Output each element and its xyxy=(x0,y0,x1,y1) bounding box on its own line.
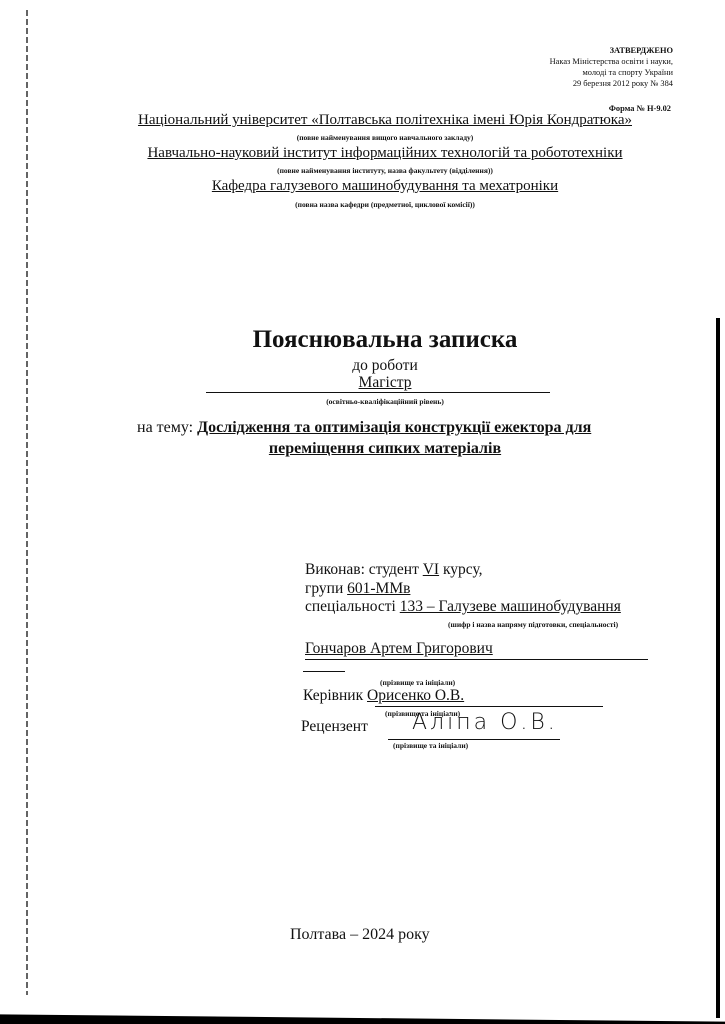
approval-line: 29 березня 2012 року № 384 xyxy=(550,78,673,89)
topic-line-2: переміщення сипких матеріалів xyxy=(0,440,725,458)
student-name: Гончаров Артем Григорович xyxy=(305,640,493,658)
supervisor-row: Керівник Орисенко О.В. xyxy=(303,687,464,705)
city-year: Полтава – 2024 року xyxy=(290,926,430,944)
done-by-label: Виконав: студент xyxy=(305,561,419,578)
reviewer-underline xyxy=(388,739,560,740)
approval-stamp: ЗАТВЕРДЖЕНО xyxy=(550,45,673,56)
group-label: групи xyxy=(305,580,343,597)
qualification-hint: (освітньо-кваліфікаційний рівень) xyxy=(0,397,725,406)
supervisor-underline xyxy=(375,706,603,707)
specialty-label: спеціальності xyxy=(305,598,396,615)
name-hint: (прізвище та ініціали) xyxy=(380,678,455,687)
topic-block: на тему: Дослідження та оптимізація конс… xyxy=(137,419,591,437)
specialty-value: 133 – Галузеве машинобудування xyxy=(400,598,621,615)
scan-edge-bottom xyxy=(0,1012,725,1024)
approval-line: молоді та спорту України xyxy=(550,67,673,78)
short-line xyxy=(303,671,345,672)
specialty-row: спеціальності 133 – Галузеве машинобудув… xyxy=(305,598,621,616)
name-underline xyxy=(305,659,648,660)
approval-line: Наказ Міністерства освіти і науки, xyxy=(550,56,673,67)
department-name: Кафедра галузевого машинобудування та ме… xyxy=(0,178,725,195)
topic-line-1: Дослідження та оптимізація конструкції е… xyxy=(197,419,591,436)
supervisor-value: Орисенко О.В. xyxy=(367,687,464,704)
document-title: Пояснювальна записка xyxy=(0,326,725,354)
reviewer-hint: (прізвище та ініціали) xyxy=(393,741,468,750)
group-row: групи 601-ММв xyxy=(305,580,410,598)
institute-hint: (повне найменування інституту, назва фак… xyxy=(0,166,725,175)
university-name: Національний університет «Полтавська пол… xyxy=(0,112,725,129)
department-hint: (повна назва кафедри (предметної, циклов… xyxy=(0,200,725,209)
course-suffix: курсу, xyxy=(443,561,483,578)
course-value: VI xyxy=(423,561,439,578)
group-value: 601-ММв xyxy=(347,580,410,597)
document-subtitle: до роботи xyxy=(0,357,725,375)
reviewer-label: Рецензент xyxy=(301,718,368,736)
level-underline xyxy=(206,392,550,393)
institute-name: Навчально-науковий інститут інформаційни… xyxy=(0,145,725,162)
supervisor-label: Керівник xyxy=(303,687,363,704)
specialty-hint: (шифр і назва напряму підготовки, спеціа… xyxy=(448,620,618,629)
university-hint: (повне найменування вищого навчального з… xyxy=(0,133,725,142)
author-course-row: Виконав: студент VI курсу, xyxy=(305,561,483,579)
topic-label: на тему: xyxy=(137,419,193,436)
scan-edge-right xyxy=(716,318,720,1018)
reviewer-signature: Аліпа О.В. xyxy=(412,710,558,735)
approval-block: ЗАТВЕРДЖЕНО Наказ Міністерства освіти і … xyxy=(550,45,673,89)
qualification-level: Магістр xyxy=(0,374,725,392)
